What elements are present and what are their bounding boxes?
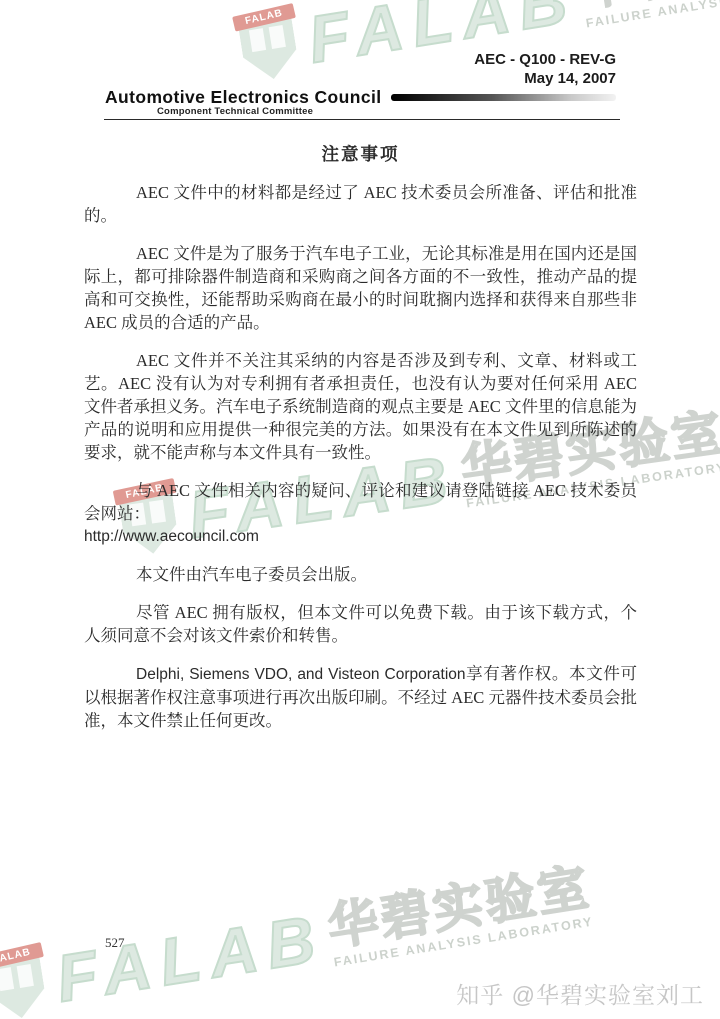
- document-code: AEC - Q100 - REV-G: [474, 50, 616, 69]
- paragraph: 尽管 AEC 拥有版权，但本文件可以免费下载。由于该下载方式，个人须同意不会对该…: [84, 601, 637, 647]
- paragraph-text: 本文件由汽车电子委员会出版。: [136, 565, 367, 584]
- page-title: 注意事项: [84, 143, 637, 166]
- paragraph-latin-text: Delphi, Siemens VDO, and Visteon Corpora…: [136, 666, 466, 683]
- paragraph-latin-text: http://www.aecouncil.com: [84, 525, 637, 548]
- shield-shape: [0, 953, 48, 1019]
- document-id-block: AEC - Q100 - REV-G May 14, 2007: [474, 50, 616, 88]
- falab-shield-logo-icon: FALAB: [0, 944, 53, 1019]
- watermark-tagline: FAILURE ANALYSIS LABORATORY: [585, 0, 720, 30]
- paragraph-text: AEC 文件中的材料都是经过了 AEC 技术委员会所准备、评估和批准的。: [84, 183, 637, 225]
- paragraph: AEC 文件并不关注其采纳的内容是否涉及到专利、文章、材料或工艺。AEC 没有认…: [84, 349, 637, 464]
- watermark-tagline: FAILURE ANALYSIS LABORATORY: [333, 914, 597, 969]
- paragraph-text: 尽管 AEC 拥有版权，但本文件可以免费下载。由于该下载方式，个人须同意不会对该…: [84, 603, 637, 645]
- shield-glyphs: [0, 967, 14, 991]
- watermark-brand-text: FALAB: [52, 904, 329, 1011]
- paragraph-text: AEC 文件并不关注其采纳的内容是否涉及到专利、文章、材料或工艺。AEC 没有认…: [84, 351, 637, 462]
- paragraph: AEC 文件是为了服务于汽车电子工业，无论其标准是用在国内还是国际上，都可排除器…: [84, 242, 637, 334]
- shield-banner: FALAB: [232, 3, 296, 32]
- page-number: 527: [105, 935, 125, 951]
- watermark-brand-cn: 华碧实验室: [324, 861, 594, 952]
- zhihu-credit: 知乎 @华碧实验室刘工: [456, 977, 704, 1010]
- document-body: 注意事项 AEC 文件中的材料都是经过了 AEC 技术委员会所准备、评估和批准的…: [84, 143, 637, 747]
- header-gradient-bar: [391, 94, 616, 101]
- document-date: May 14, 2007: [474, 69, 616, 88]
- paragraph: 与 AEC 文件相关内容的疑问、评论和建议请登陆链接 AEC 技术委员会网站：h…: [84, 479, 637, 548]
- shield-shape: [237, 14, 300, 84]
- shield-glyphs: [249, 28, 266, 52]
- paragraph: Delphi, Siemens VDO, and Visteon Corpora…: [84, 662, 637, 732]
- falab-shield-logo-icon: FALAB: [234, 5, 305, 87]
- watermark-brand-cn: 华碧实验室: [576, 0, 720, 13]
- header-divider: [104, 119, 620, 120]
- shield-banner: FALAB: [0, 942, 44, 971]
- paragraph-text: AEC 文件是为了服务于汽车电子工业，无论其标准是用在国内还是国际上，都可排除器…: [84, 244, 637, 332]
- organization-name: Automotive Electronics Council: [105, 87, 381, 108]
- paragraph-text: 与 AEC 文件相关内容的疑问、评论和建议请登陆链接 AEC 技术委员会网站：: [84, 481, 637, 523]
- paragraph-list: AEC 文件中的材料都是经过了 AEC 技术委员会所准备、评估和批准的。AEC …: [84, 181, 637, 732]
- document-page: FALAB FALAB 华碧实验室 FAILURE ANALYSIS LABOR…: [0, 0, 720, 1019]
- committee-name: Component Technical Committee: [157, 106, 313, 117]
- paragraph: AEC 文件中的材料都是经过了 AEC 技术委员会所准备、评估和批准的。: [84, 181, 637, 227]
- paragraph: 本文件由汽车电子委员会出版。: [84, 563, 637, 586]
